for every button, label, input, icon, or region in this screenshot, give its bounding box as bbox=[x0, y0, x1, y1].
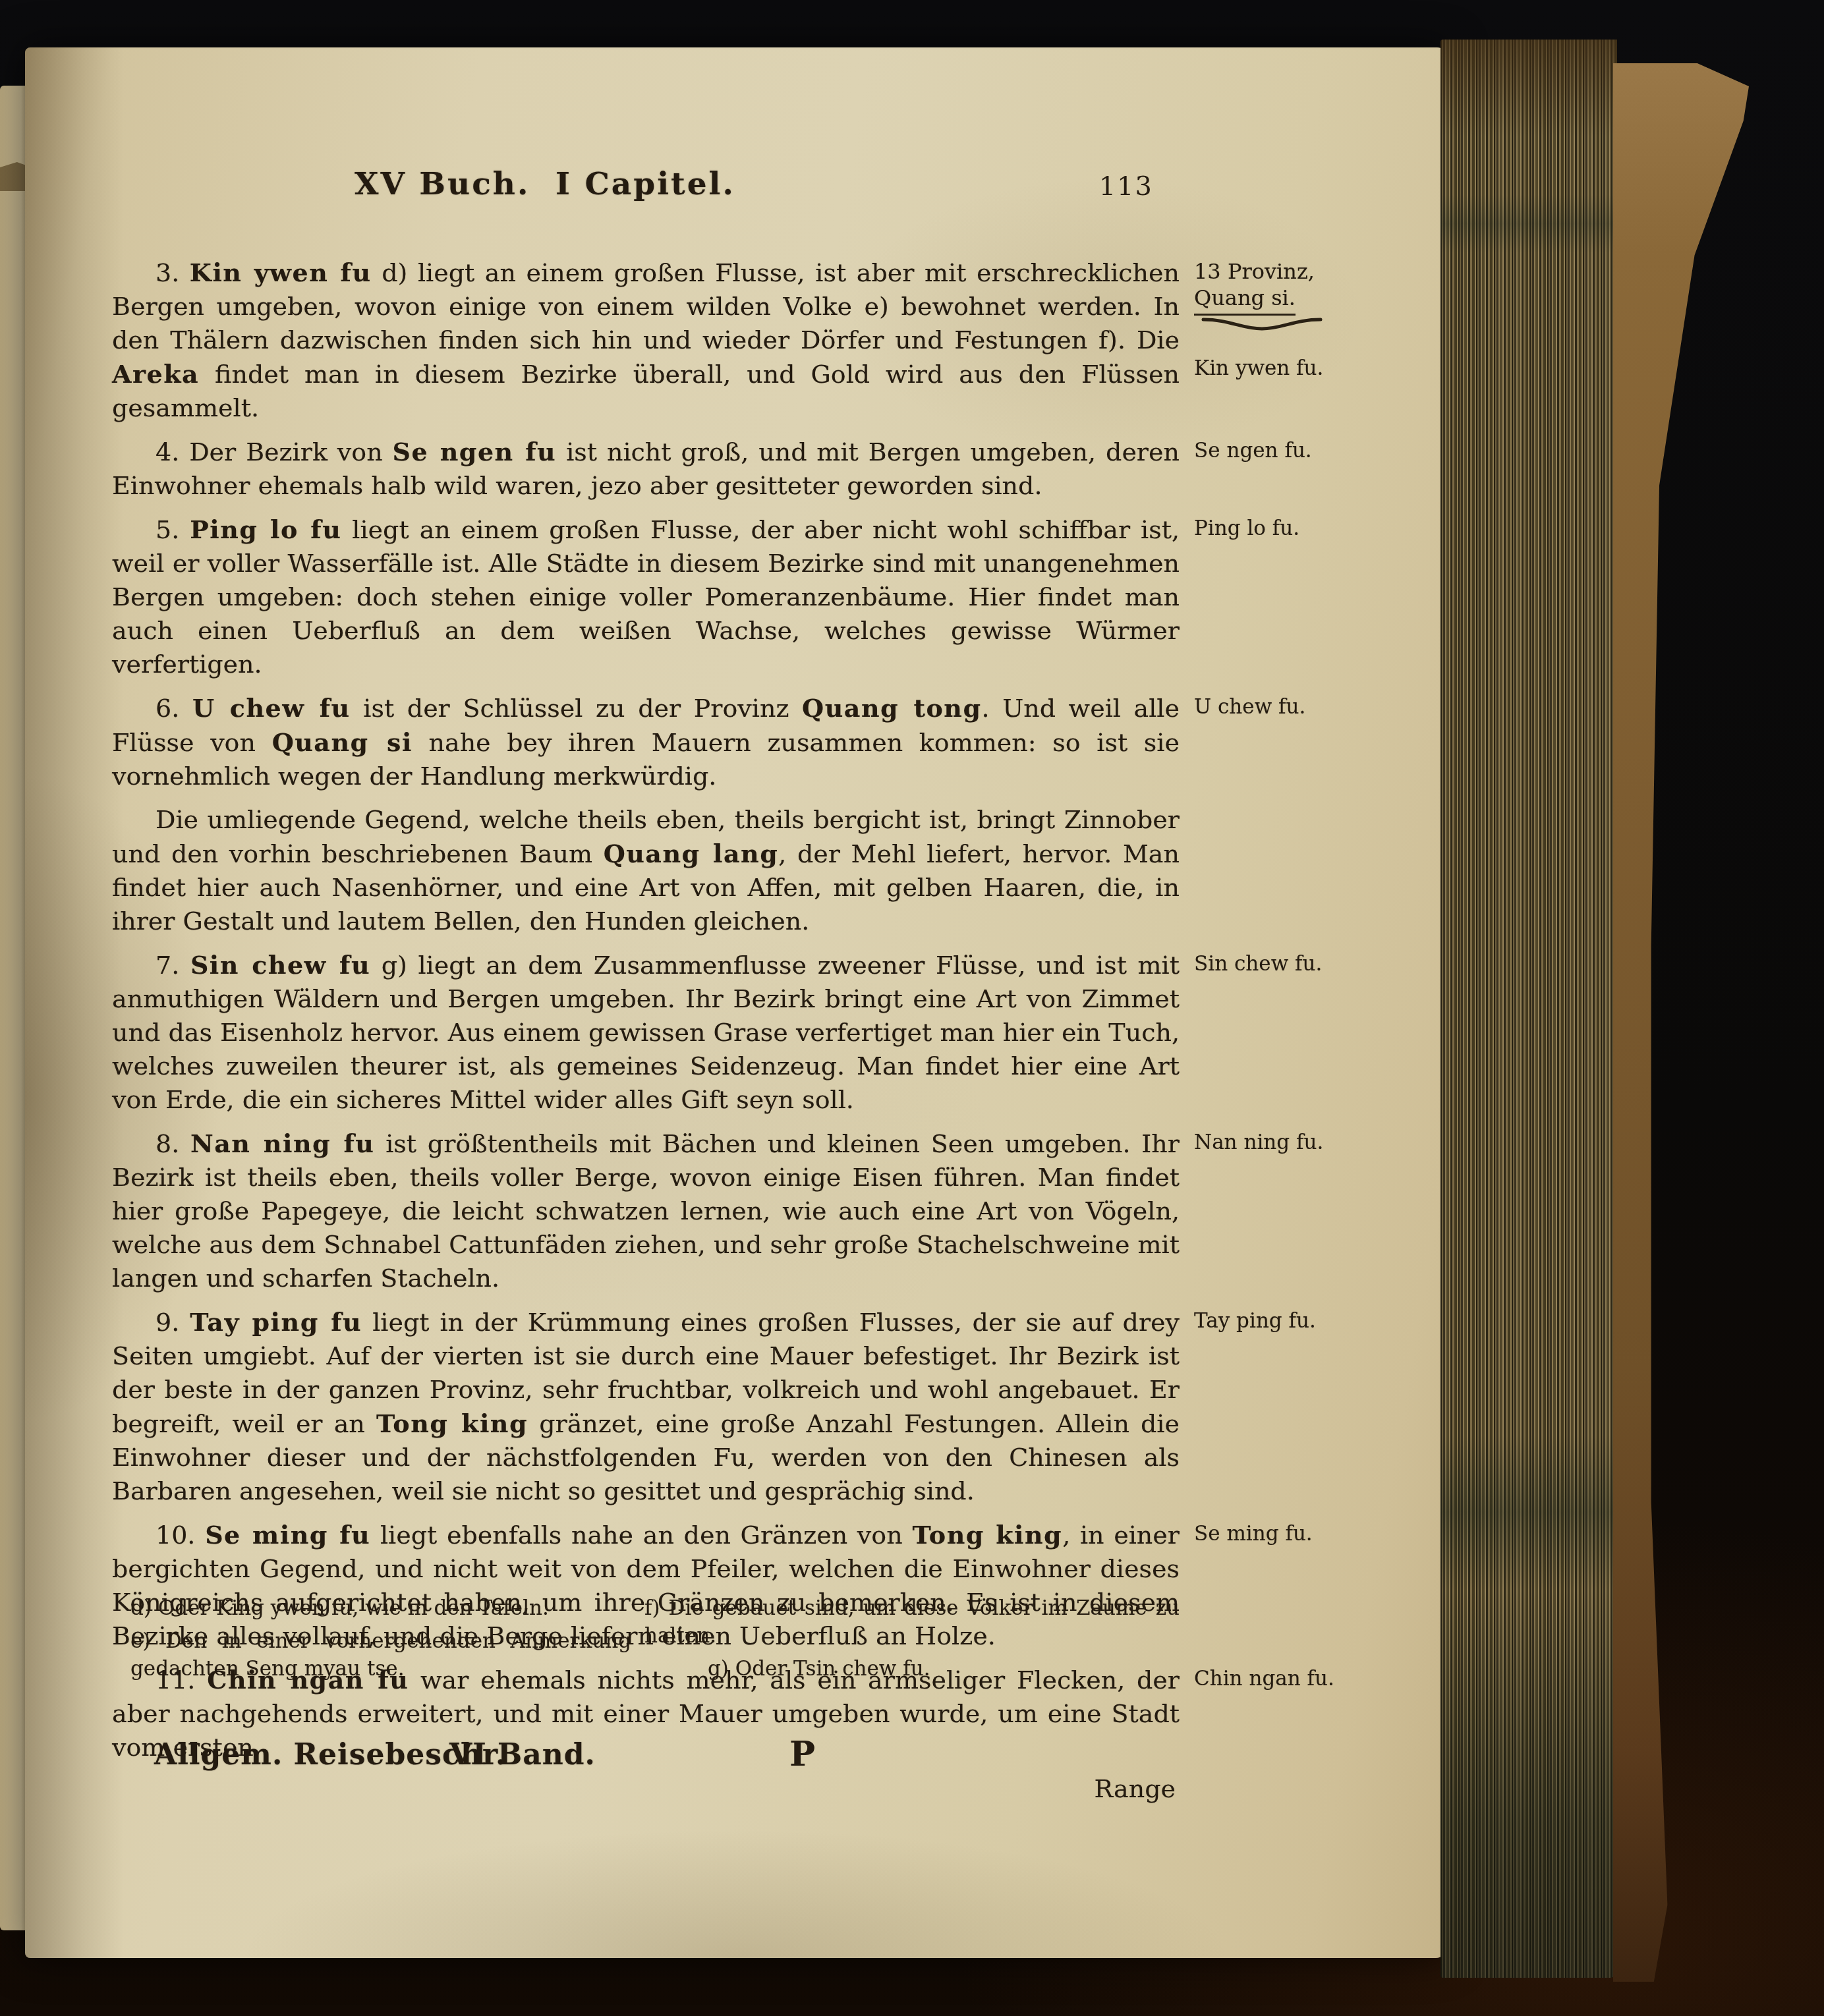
province-name-label: Quang si. bbox=[1194, 285, 1296, 316]
footnote-e: e) Den in einer vorhergehenden Anmerkung… bbox=[130, 1627, 631, 1683]
margin-note: Se ming fu. bbox=[1194, 1521, 1439, 1547]
paragraph: 4. Der Bezirk von Se ngen fu ist nicht g… bbox=[112, 435, 1180, 503]
chapter-label: I Capitel. bbox=[556, 166, 735, 202]
gutter-shadow bbox=[25, 47, 124, 1958]
photo-background: XV Buch. I Capitel. 113 3. Kin ywen fu d… bbox=[0, 0, 1824, 2016]
book-page: XV Buch. I Capitel. 113 3. Kin ywen fu d… bbox=[25, 47, 1446, 1958]
page-number: 113 bbox=[1099, 171, 1153, 202]
margin-note: Chin ngan fu. bbox=[1194, 1666, 1439, 1692]
footnote-f: f) Die gebauet sind, um diese Völker im … bbox=[644, 1594, 1180, 1650]
paragraph: 9. Tay ping fu liegt in der Krümmung ein… bbox=[112, 1305, 1180, 1508]
margin-note: Se ngen fu. bbox=[1194, 437, 1439, 464]
footnote-column-left: d) Oder King ywen fu, wie in den Tafeln.… bbox=[130, 1594, 631, 1688]
book-cover-edge bbox=[1613, 63, 1749, 1982]
footnote-d: d) Oder King ywen fu, wie in den Tafeln. bbox=[130, 1594, 631, 1622]
paragraph: Die umliegende Gegend, welche theils ebe… bbox=[112, 803, 1180, 938]
paragraph: 3. Kin ywen fu d) liegt an einem großen … bbox=[112, 256, 1180, 425]
signature-line: Allgem. Reisebeschr. VI Band. P bbox=[112, 1738, 1180, 1791]
margin-note: Sin chew fu. bbox=[1194, 951, 1439, 977]
paragraph: 8. Nan ning fu ist größtentheils mit Bäc… bbox=[112, 1127, 1180, 1295]
margin-note: Tay ping fu. bbox=[1194, 1308, 1439, 1334]
margin-note-province: 13 Provinz, Quang si. Kin ywen fu. bbox=[1194, 258, 1439, 381]
page-header: XV Buch. I Capitel. 113 bbox=[112, 166, 1180, 221]
margin-note: U chew fu. bbox=[1194, 694, 1439, 720]
gathering-mark: P bbox=[789, 1734, 815, 1774]
running-head: XV Buch. I Capitel. bbox=[355, 166, 735, 202]
paragraph: 7. Sin chew fu g) liegt an dem Zusammenf… bbox=[112, 948, 1180, 1117]
volume-label: VI Band. bbox=[449, 1738, 596, 1772]
paragraph: 5. Ping lo fu liegt an einem großen Flus… bbox=[112, 513, 1180, 681]
book-fore-edge bbox=[1440, 40, 1617, 1978]
margin-note: Nan ning fu. bbox=[1194, 1129, 1439, 1156]
margin-note: Ping lo fu. bbox=[1194, 515, 1439, 542]
footnote-column-right: f) Die gebauet sind, um diese Völker im … bbox=[644, 1594, 1180, 1688]
paragraph: 6. U chew fu ist der Schlüssel zu der Pr… bbox=[112, 691, 1180, 793]
margin-note: Kin ywen fu. bbox=[1194, 355, 1439, 381]
footnote-g: g) Oder Tsin chew fu. bbox=[644, 1655, 1180, 1683]
book-label: XV Buch. bbox=[355, 166, 530, 202]
text-column: 3. Kin ywen fu d) liegt an einem großen … bbox=[112, 256, 1180, 1803]
province-number-label: 13 Provinz, bbox=[1194, 258, 1439, 285]
brace-icon bbox=[1201, 317, 1323, 333]
